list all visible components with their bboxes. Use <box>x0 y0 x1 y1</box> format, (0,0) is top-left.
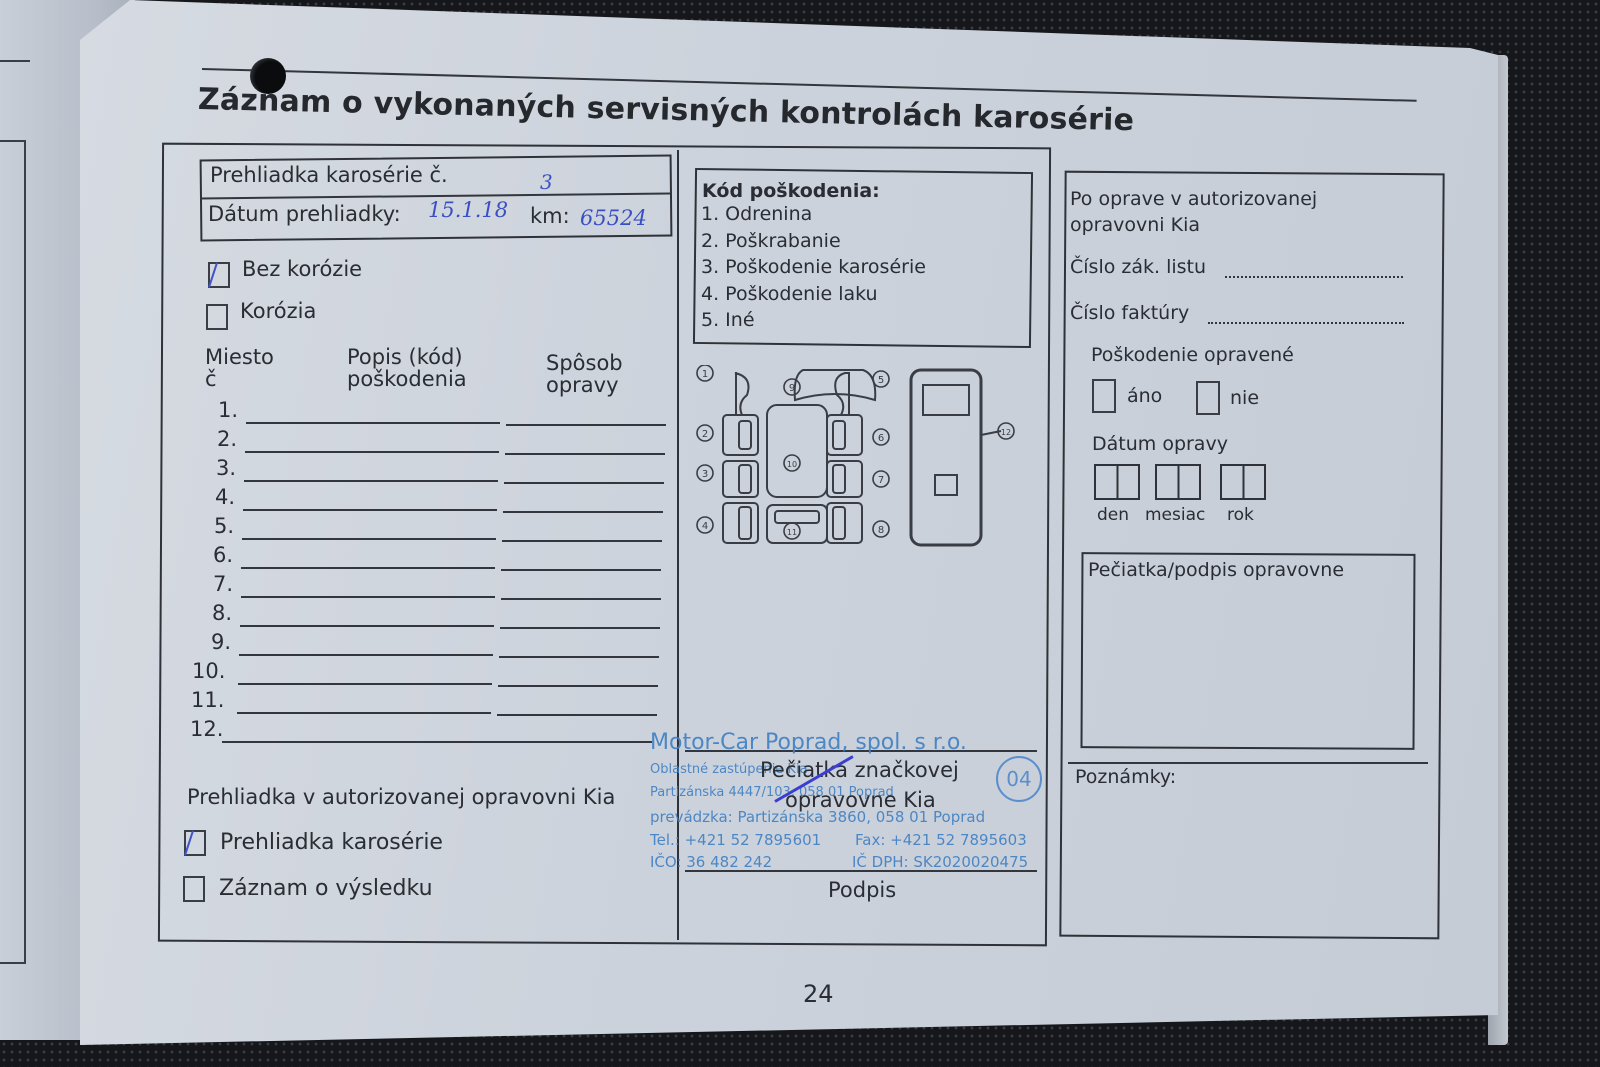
stamp-fax: Fax: +421 52 7895603 <box>855 831 1027 849</box>
repair-shop-stamp-box <box>1080 552 1415 750</box>
damage-row-number: 1. <box>218 398 238 422</box>
damage-description-field[interactable] <box>243 509 497 511</box>
left-page-rule <box>0 60 30 62</box>
order-number-field[interactable] <box>1225 276 1403 278</box>
damage-repair-field[interactable] <box>498 685 658 687</box>
stamp-ico: IČO: 36 482 242 <box>650 853 772 871</box>
invoice-number-label: Číslo faktúry <box>1070 302 1189 324</box>
damage-repair-field[interactable] <box>503 511 663 513</box>
damage-description-field[interactable] <box>238 683 492 685</box>
damage-row-number: 6. <box>213 543 233 567</box>
repair-date-label: Dátum opravy <box>1092 433 1228 455</box>
car-part-label: 2 <box>702 429 708 440</box>
repaired-no-checkbox[interactable] <box>1196 381 1220 415</box>
car-part-label: 10 <box>787 460 797 469</box>
damage-row-number: 12. <box>190 717 223 741</box>
repaired-no-label: nie <box>1230 387 1259 409</box>
stamp-tel: Tel.: +421 52 7895601 <box>650 831 821 849</box>
car-part-label: 8 <box>878 525 884 536</box>
inspection-number-label: Prehliadka karosérie č. <box>210 163 448 187</box>
no-corrosion-label: Bez korózie <box>242 257 362 281</box>
header-place-line1: Miesto <box>205 346 274 368</box>
repair-day-field[interactable] <box>1094 464 1140 500</box>
damage-code-item: 4. Poškodenie laku <box>701 283 878 305</box>
dealer-stamp-label-1: Pečiatka značkovej <box>760 758 959 782</box>
damage-repair-field[interactable] <box>504 482 664 484</box>
left-page-frame <box>0 140 26 964</box>
order-number-label: Číslo zák. listu <box>1070 256 1206 278</box>
repair-shop-stamp-label: Pečiatka/podpis opravovne <box>1088 559 1344 581</box>
damage-code-item: 3. Poškodenie karosérie <box>701 256 926 278</box>
damage-description-field[interactable] <box>237 712 491 714</box>
damage-description-field[interactable] <box>240 625 494 627</box>
car-part-label: 12 <box>1001 428 1011 437</box>
damage-description-field[interactable] <box>246 422 500 424</box>
damage-repair-field[interactable] <box>501 598 661 600</box>
car-part-label: 4 <box>702 521 708 532</box>
damage-description-field[interactable] <box>222 741 652 743</box>
notes-label[interactable]: Poznámky: <box>1075 766 1176 788</box>
stamp-company: Motor-Car Poprad, spol. s r.o. <box>650 730 967 755</box>
stamp-badge: 04 <box>996 756 1042 802</box>
damage-row-number: 2. <box>217 427 237 451</box>
damage-codes-title: Kód poškodenia: <box>702 180 880 202</box>
damage-repair-field[interactable] <box>505 453 665 455</box>
damage-row-number: 3. <box>216 456 236 480</box>
signature-line <box>685 870 1037 872</box>
repair-month-field[interactable] <box>1155 464 1201 500</box>
damage-repair-field[interactable] <box>502 540 662 542</box>
body-inspection-checkbox[interactable] <box>184 830 206 856</box>
result-record-checkbox[interactable] <box>183 876 205 902</box>
inspection-km-value[interactable]: 65524 <box>580 206 647 230</box>
damage-row-number: 7. <box>213 572 233 596</box>
damage-row-number: 9. <box>211 630 231 654</box>
authorized-inspection-title: Prehliadka v autorizovanej opravovni Kia <box>187 785 615 809</box>
damage-code-item: 1. Odrenina <box>701 203 812 225</box>
damage-description-field[interactable] <box>241 567 495 569</box>
damage-description-field[interactable] <box>241 596 495 598</box>
repaired-yes-label: áno <box>1127 385 1162 407</box>
result-record-label: Záznam o výsledku <box>219 876 433 901</box>
damage-description-field[interactable] <box>244 480 498 482</box>
header-description: Popis (kód) poškodenia <box>347 346 467 390</box>
damage-repair-field[interactable] <box>506 424 666 426</box>
year-label: rok <box>1227 505 1254 525</box>
car-part-label: 11 <box>787 528 797 537</box>
notes-divider <box>1068 762 1428 764</box>
header-description-line1: Popis (kód) <box>347 346 467 368</box>
header-repair-line1: Spôsob <box>546 352 623 374</box>
after-repair-title-line1: Po oprave v autorizovanej <box>1070 186 1317 212</box>
body-inspection-label: Prehliadka karosérie <box>220 830 443 855</box>
damage-row-number: 8. <box>212 601 232 625</box>
corrosion-checkbox[interactable] <box>206 304 228 330</box>
damage-description-field[interactable] <box>239 654 493 656</box>
inspection-date-value[interactable]: 15.1.18 <box>428 198 508 222</box>
damage-row-number: 5. <box>214 514 234 538</box>
corrosion-label: Korózia <box>240 299 316 323</box>
car-part-label: 5 <box>878 375 884 386</box>
dealer-stamp-label-2: opravovne Kia <box>785 788 936 812</box>
header-place: Miesto č <box>205 346 274 390</box>
repair-year-field[interactable] <box>1220 464 1266 500</box>
inspection-km-label: km: <box>530 204 570 228</box>
damage-code-item: 2. Poškrabanie <box>701 230 841 252</box>
damage-description-field[interactable] <box>245 451 499 453</box>
inspection-date-label: Dátum prehliadky: <box>208 202 401 226</box>
repaired-label: Poškodenie opravené <box>1091 344 1294 366</box>
month-label: mesiac <box>1145 505 1205 525</box>
signature-label: Podpis <box>828 878 896 902</box>
page-number: 24 <box>803 980 834 1008</box>
header-description-line2: poškodenia <box>347 368 467 390</box>
car-part-label: 3 <box>702 469 708 480</box>
car-outline-icon: 123456789101112 <box>695 365 1025 555</box>
damage-row-number: 4. <box>215 485 235 509</box>
damage-repair-field[interactable] <box>499 656 659 658</box>
damage-description-field[interactable] <box>242 538 496 540</box>
car-part-label: 1 <box>702 369 708 380</box>
car-part-label: 6 <box>878 433 884 444</box>
invoice-number-field[interactable] <box>1208 322 1404 324</box>
header-repair: Spôsob opravy <box>546 352 623 396</box>
damage-row-number: 10. <box>192 659 225 683</box>
damage-code-item: 5. Iné <box>701 309 755 331</box>
header-place-line2: č <box>205 368 274 390</box>
no-corrosion-checkbox[interactable] <box>208 262 230 288</box>
after-repair-title: Po oprave v autorizovanej opravovni Kia <box>1070 186 1317 238</box>
day-label: den <box>1097 505 1129 525</box>
damage-row-number: 11. <box>191 688 224 712</box>
header-repair-line2: opravy <box>546 374 623 396</box>
inspection-number-value[interactable]: 3 <box>540 170 553 194</box>
damage-repair-field[interactable] <box>497 714 657 716</box>
damage-repair-field[interactable] <box>501 569 661 571</box>
after-repair-title-line2: opravovni Kia <box>1070 212 1317 238</box>
damage-repair-field[interactable] <box>500 627 660 629</box>
car-part-label: 7 <box>878 475 884 486</box>
stamp-dic: IČ DPH: SK2020020475 <box>852 853 1028 871</box>
repaired-yes-checkbox[interactable] <box>1092 379 1116 413</box>
